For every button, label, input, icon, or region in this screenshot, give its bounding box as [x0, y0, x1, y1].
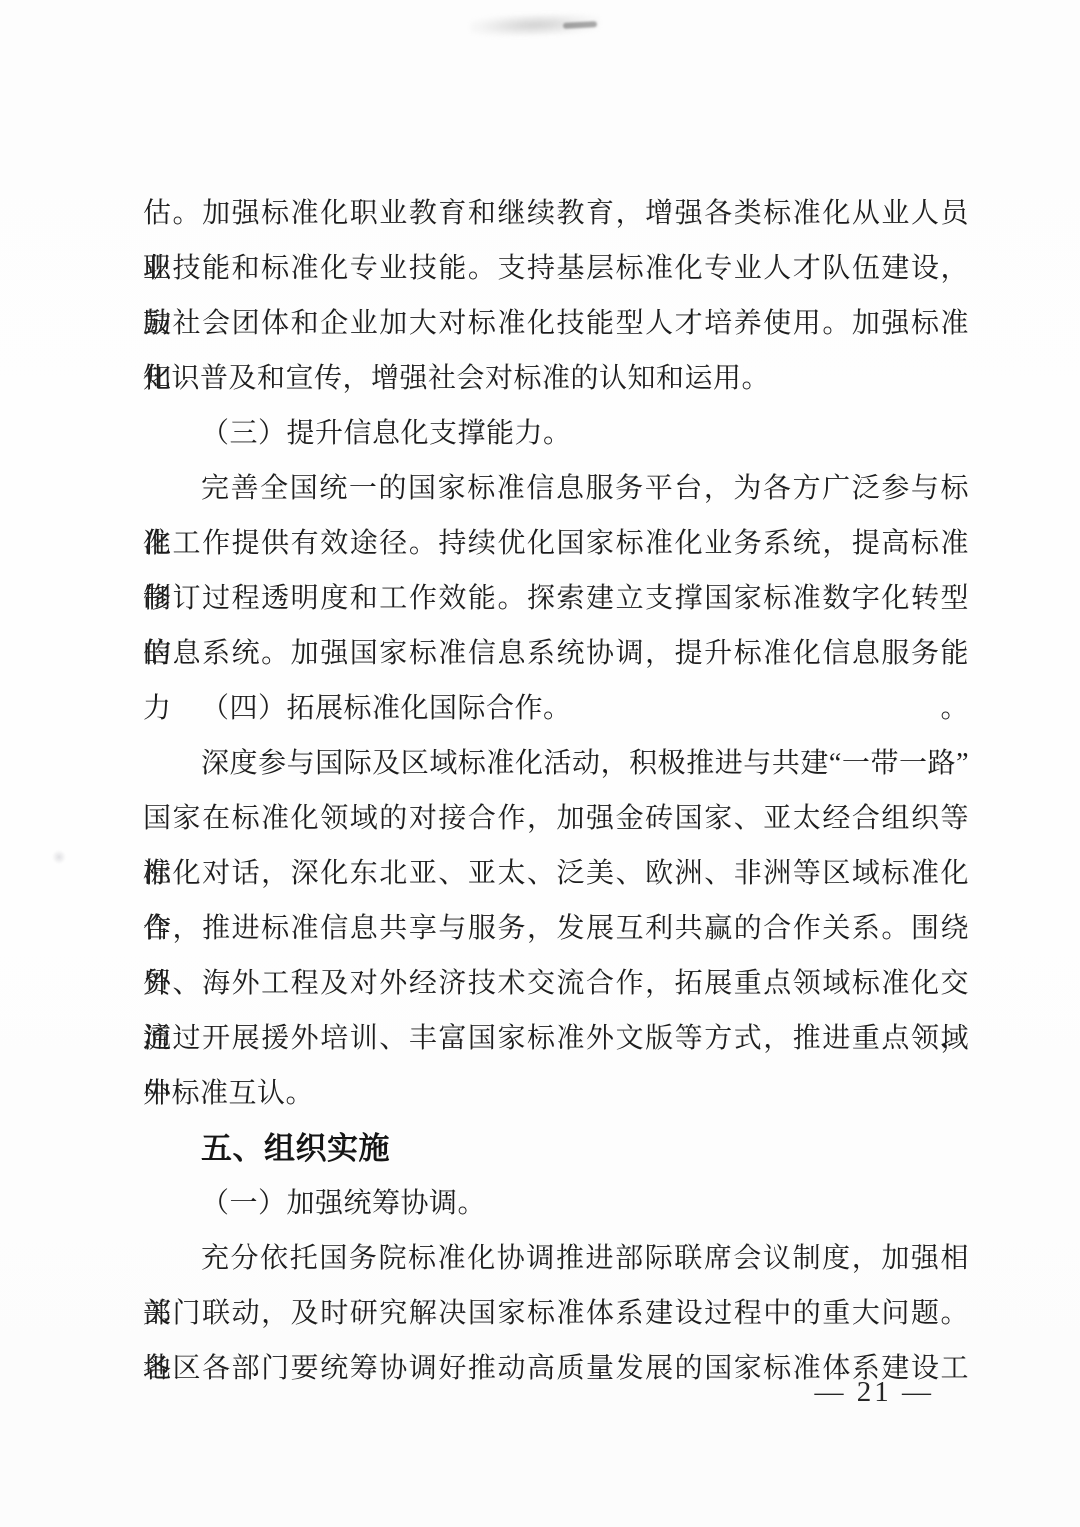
text-line: 作，推进标准信息共享与服务，发展互利共赢的合作关系。围绕外 [143, 901, 969, 956]
text-line: 估。加强标准化职业教育和继续教育，增强各类标准化从业人员职 [143, 186, 969, 241]
text-line: （一）加强统筹协调。 [143, 1176, 969, 1231]
text-line: 国家在标准化领域的对接合作，加强金砖国家、亚太经合组织等标 [143, 791, 969, 846]
text-line: 化工作提供有效途径。持续优化国家标准化业务系统，提高标准制 [143, 516, 969, 571]
text-line: 修订过程透明度和工作效能。探索建立支撑国家标准数字化转型的 [143, 571, 969, 626]
text-line: 业技能和标准化专业技能。支持基层标准化专业人才队伍建设，鼓 [143, 241, 969, 296]
text-line: 外标准互认。 [143, 1066, 969, 1121]
text-line: 通过开展援外培训、丰富国家标准外文版等方式，推进重点领域中 [143, 1011, 969, 1066]
document-page: 估。加强标准化职业教育和继续教育，增强各类标准化从业人员职业技能和标准化专业技能… [0, 0, 1080, 1527]
text-line: （三）提升信息化支撑能力。 [143, 406, 969, 461]
document-lines: 估。加强标准化职业教育和继续教育，增强各类标准化从业人员职业技能和标准化专业技能… [143, 186, 969, 1396]
section-heading: 五、组织实施 [143, 1121, 969, 1176]
text-line: 深度参与国际及区域标准化活动，积极推进与共建“一带一路” [143, 736, 969, 791]
text-line: 充分依托国务院标准化协调推进部际联席会议制度，加强相关 [143, 1231, 969, 1286]
scan-speck [52, 850, 66, 864]
text-line: 知识普及和宣传，增强社会对标准的认知和运用。 [143, 351, 969, 406]
text-line: 完善全国统一的国家标准信息服务平台，为各方广泛参与标准 [143, 461, 969, 516]
text-line: 励社会团体和企业加大对标准化技能型人才培养使用。加强标准化 [143, 296, 969, 351]
text-line: 准化对话，深化东北亚、亚太、泛美、欧洲、非洲等区域标准化合 [143, 846, 969, 901]
text-line: 贸、海外工程及对外经济技术交流合作，拓展重点领域标准化交流， [143, 956, 969, 1011]
text-line: 部门联动，及时研究解决国家标准体系建设过程中的重大问题。各 [143, 1286, 969, 1341]
text-line: 信息系统。加强国家标准信息系统协调，提升标准化信息服务能力。 [143, 626, 969, 681]
page-number: — 21 — [815, 1372, 935, 1412]
